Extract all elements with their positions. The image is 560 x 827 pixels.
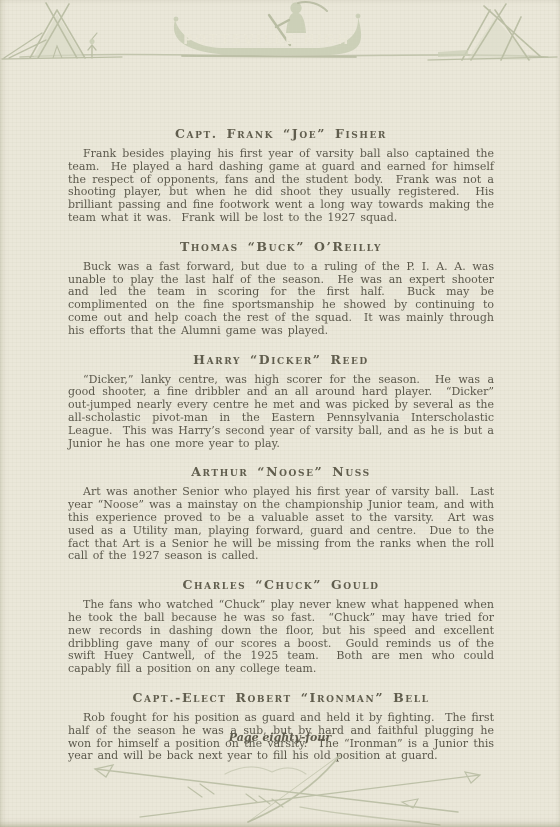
- player-heading: Capt.-Elect Robert “Ironman” Bell: [68, 690, 494, 705]
- crossed-arrows-icon: [0, 752, 560, 826]
- teepee-right-icon: [428, 4, 557, 60]
- player-paragraph: The fans who watched “Chuck” play never …: [68, 599, 494, 676]
- player-heading: Arthur “Noose” Nuss: [68, 464, 494, 479]
- player-section: Harry “Dicker” Reed “Dicker,” lanky cent…: [68, 352, 494, 451]
- teepee-left-icon: [2, 3, 122, 59]
- player-heading: Harry “Dicker” Reed: [68, 352, 494, 367]
- player-section: Arthur “Noose” Nuss Art was another Seni…: [68, 464, 494, 563]
- player-paragraph: Buck was a fast forward, but due to a ru…: [68, 261, 494, 338]
- player-heading: Thomas “Buck” O’Reilly: [68, 239, 494, 254]
- player-paragraph: “Dicker,” lanky centre, was high scorer …: [68, 374, 494, 451]
- banner-text: POTTSVILLE HIGH: [183, 33, 351, 48]
- player-section: Thomas “Buck” O’Reilly Buck was a fast f…: [68, 239, 494, 338]
- player-section: Capt. Frank “Joe” Fisher Frank besides p…: [68, 126, 494, 225]
- player-paragraph: Art was another Senior who played his fi…: [68, 486, 494, 563]
- page-number: Page eighty-four: [0, 731, 560, 744]
- page-content: Capt. Frank “Joe” Fisher Frank besides p…: [68, 126, 494, 763]
- player-section: Charles “Chuck” Gould The fans who watch…: [68, 577, 494, 676]
- header-decoration: POTTSVILLE HIGH: [0, 0, 560, 78]
- player-heading: Capt. Frank “Joe” Fisher: [68, 126, 494, 141]
- player-paragraph: Frank besides playing his first year of …: [68, 148, 494, 225]
- player-heading: Charles “Chuck” Gould: [68, 577, 494, 592]
- canoe-paddler-icon: POTTSVILLE HIGH: [174, 2, 362, 57]
